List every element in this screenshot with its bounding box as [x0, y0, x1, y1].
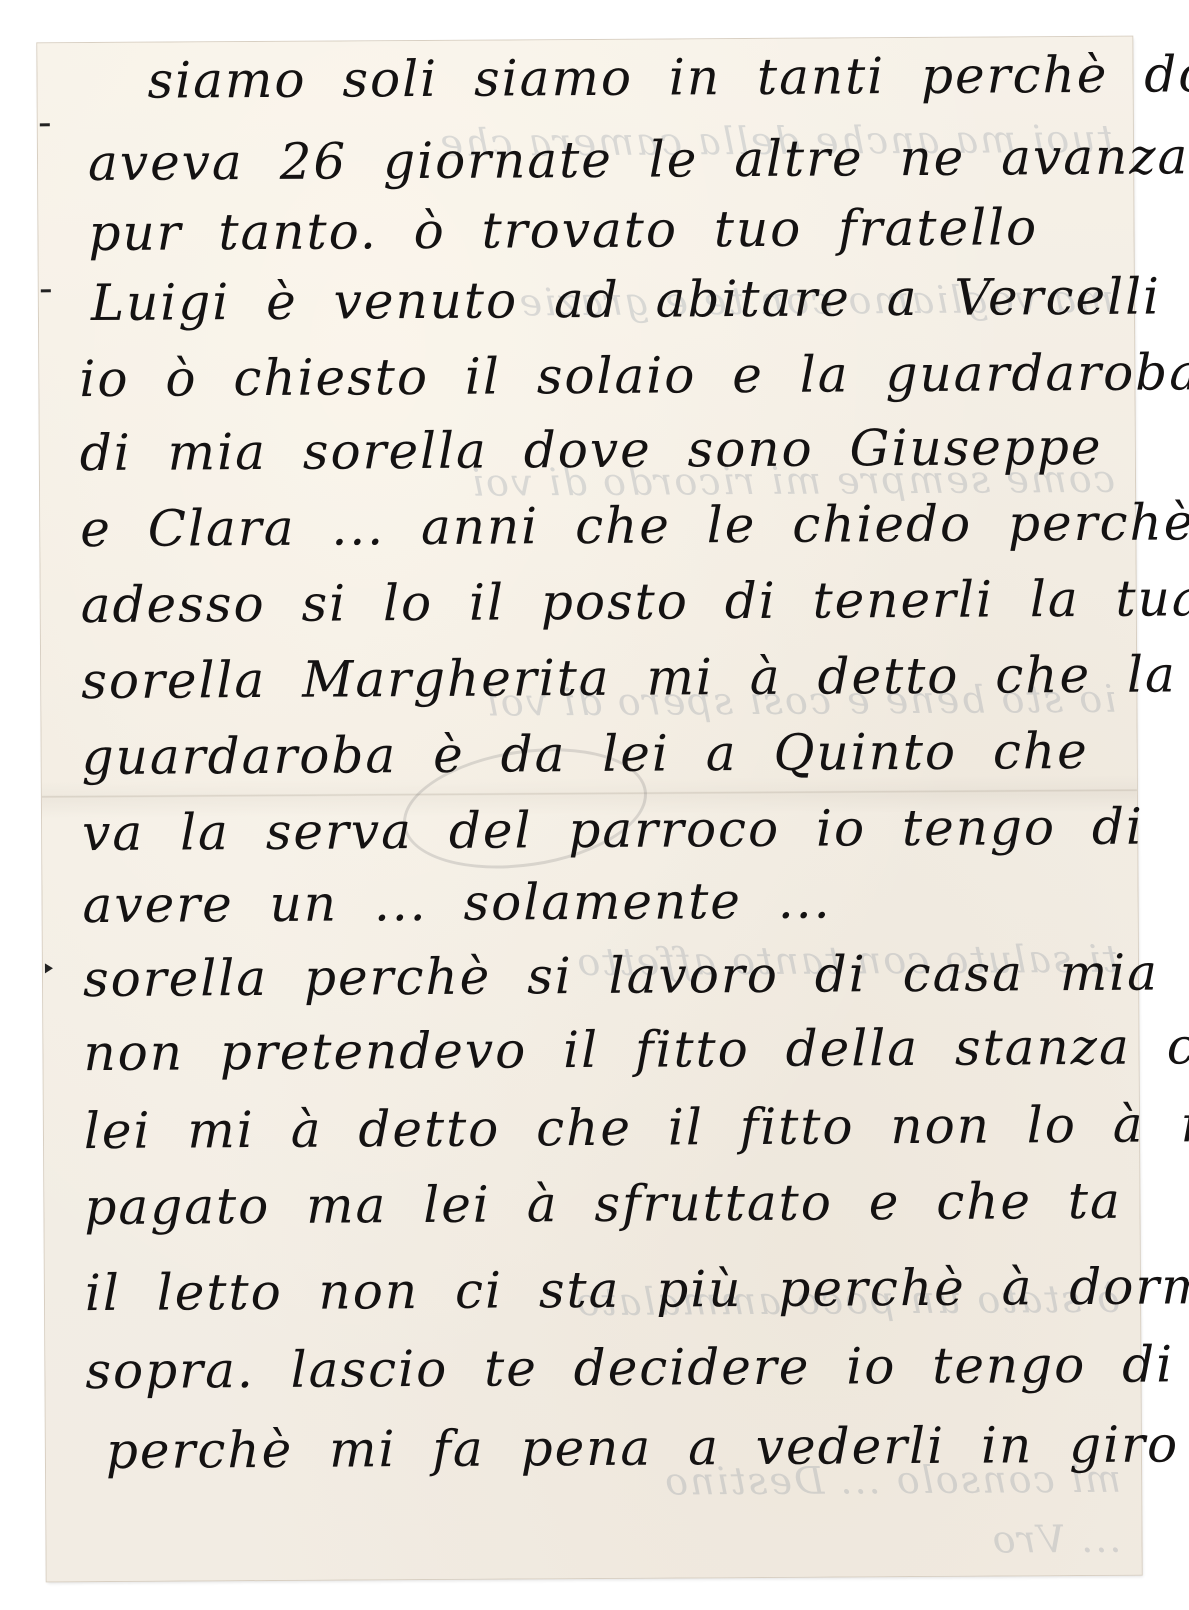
text-line: adesso si lo il posto di tenerli la tua [81, 568, 1189, 635]
text-line: io ò chiesto il solaio e la guardaroba [79, 342, 1189, 409]
text-line: sorella Margherita mi à detto che la [81, 644, 1177, 711]
letter-page: tuoi ma anche della camera che ma voglia… [37, 37, 1141, 1582]
text-line: il letto non ci sta più perchè à dormito [85, 1256, 1189, 1323]
text-line: pur tanto. ò trovato tuo fratello [88, 197, 1038, 263]
text-line: guardaroba è da lei a Quinto che [81, 721, 1088, 787]
text-line: aveva 26 giornate le altre ne avanzano [88, 126, 1189, 193]
bleed-line: ... Vro [466, 1517, 1121, 1565]
text-line: pagato ma lei à sfruttato e che ta [84, 1171, 1122, 1237]
text-line: avere un ... solamente ... [82, 871, 831, 936]
text-line: e Clara ... anni che le chiedo perchè [80, 492, 1189, 559]
text-line: non pretendevo il fitto della stanza che [83, 1016, 1189, 1083]
text-line: perchè mi fa pena a vederli in giro [106, 1414, 1180, 1481]
text-line: di mia sorella dove sono Giuseppe [80, 417, 1103, 483]
margin-dash-mark [41, 289, 51, 292]
text-line: va la serva del parroco io tengo di [82, 797, 1144, 863]
handwritten-text-body: siamo soli siamo in tanti perchè dove av… [77, 45, 1102, 51]
margin-arrow-mark [45, 963, 53, 973]
text-line: sorella perchè si lavoro di casa mia [83, 943, 1159, 1010]
margin-dash-mark [40, 123, 50, 126]
text-line: sopra. lascio te decidere io tengo di av… [85, 1333, 1189, 1401]
text-line: Luigi è venuto ad abitare a Vercelli [91, 266, 1162, 333]
text-line: lei mi à detto che il fitto non lo à mai [84, 1094, 1189, 1161]
text-line: siamo soli siamo in tanti perchè dove [147, 44, 1189, 111]
